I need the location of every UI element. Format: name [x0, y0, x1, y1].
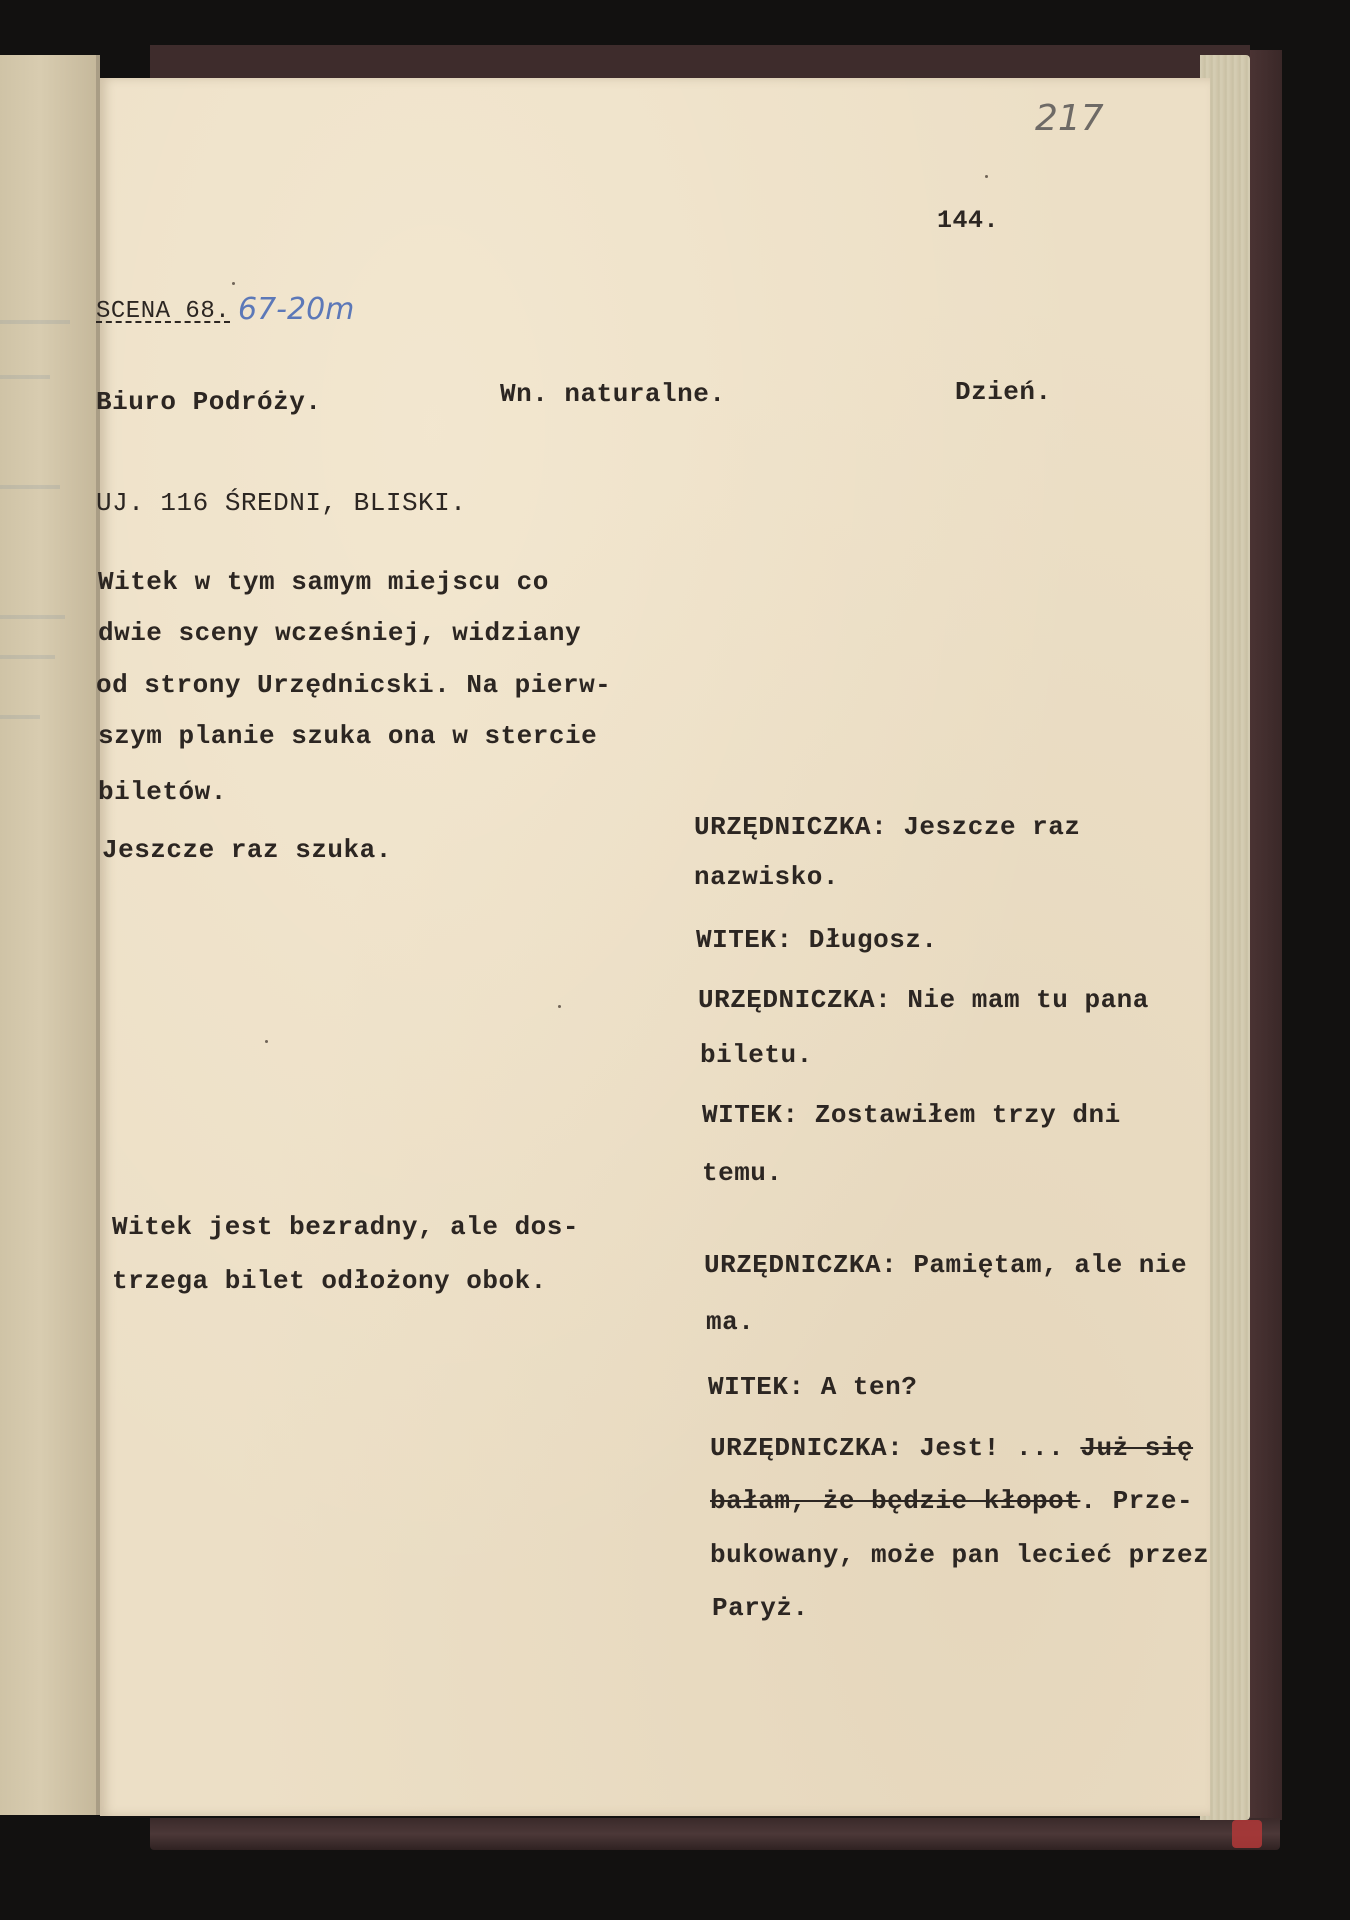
- action-line: dwie sceny wcześniej, widziany: [98, 618, 581, 648]
- bleed-through-text: [0, 485, 60, 489]
- dialogue-line: URZĘDNICZKA: Pamiętam, ale nie: [704, 1250, 1187, 1280]
- book-cover-bottom-edge: [150, 1818, 1280, 1850]
- bleed-through-text: [0, 655, 55, 659]
- cover-corner-mark: [1232, 1820, 1262, 1848]
- dialogue-line: bukowany, może pan lecieć przez: [710, 1540, 1209, 1570]
- action-line: od strony Urzędnicski. Na pierw-: [96, 670, 611, 700]
- left-facing-page: [0, 55, 100, 1815]
- scanned-book-spread: 217 144. SCENA 68. 67-20m Biuro Podróży.…: [0, 0, 1350, 1920]
- action-line: biletów.: [98, 777, 227, 807]
- action-line: Witek w tym samym miejscu co: [98, 567, 549, 597]
- action-line: szym planie szuka ona w stercie: [98, 721, 597, 751]
- dialogue-line: nazwisko.: [694, 862, 839, 892]
- paper-speck: [232, 282, 235, 285]
- dialogue-line: biletu.: [700, 1040, 813, 1070]
- action-line: Jeszcze raz szuka.: [102, 835, 392, 865]
- scene-time-of-day: Dzień.: [955, 377, 1052, 407]
- paper-speck: [265, 1040, 268, 1043]
- scene-heading: SCENA 68.: [96, 298, 230, 325]
- dialogue-line-with-strike: bałam, że będzie kłopot. Prze-: [710, 1486, 1193, 1516]
- dialogue-line-with-strike: URZĘDNICZKA: Jest! ... Już się: [710, 1433, 1193, 1463]
- dialogue-text: URZĘDNICZKA: Jest! ...: [710, 1433, 1080, 1463]
- action-line: trzega bilet odłożony obok.: [112, 1266, 547, 1296]
- archive-number-handwritten: 217: [1035, 98, 1104, 139]
- bleed-through-text: [0, 615, 65, 619]
- dialogue-line: WITEK: Zostawiłem trzy dni: [702, 1100, 1121, 1130]
- dialogue-line: URZĘDNICZKA: Nie mam tu pana: [698, 985, 1149, 1015]
- shot-description: UJ. 116 ŚREDNI, BLISKI.: [96, 488, 466, 518]
- paper-speck: [558, 1005, 561, 1008]
- scene-correction-handwritten: 67-20m: [238, 292, 354, 327]
- scene-location: Biuro Podróży.: [96, 387, 321, 417]
- action-line: Witek jest bezradny, ale dos-: [112, 1212, 579, 1242]
- page-number: 144.: [937, 206, 999, 235]
- dialogue-text: . Prze-: [1080, 1486, 1193, 1516]
- bleed-through-text: [0, 375, 50, 379]
- bleed-through-text: [0, 320, 70, 324]
- bleed-through-text: [0, 715, 40, 719]
- dialogue-line: temu.: [702, 1158, 783, 1188]
- struck-text: Już się: [1080, 1433, 1193, 1463]
- dialogue-line: Paryż.: [712, 1593, 809, 1623]
- scene-setting: Wn. naturalne.: [500, 379, 725, 409]
- paper-speck: [985, 175, 988, 178]
- dialogue-line: URZĘDNICZKA: Jeszcze raz: [694, 812, 1080, 842]
- book-cover-right-edge: [1250, 50, 1282, 1820]
- dialogue-line: WITEK: Długosz.: [696, 925, 938, 955]
- dialogue-line: ma.: [706, 1307, 754, 1337]
- dialogue-line: WITEK: A ten?: [708, 1372, 917, 1402]
- struck-text: bałam, że będzie kłopot: [710, 1486, 1080, 1516]
